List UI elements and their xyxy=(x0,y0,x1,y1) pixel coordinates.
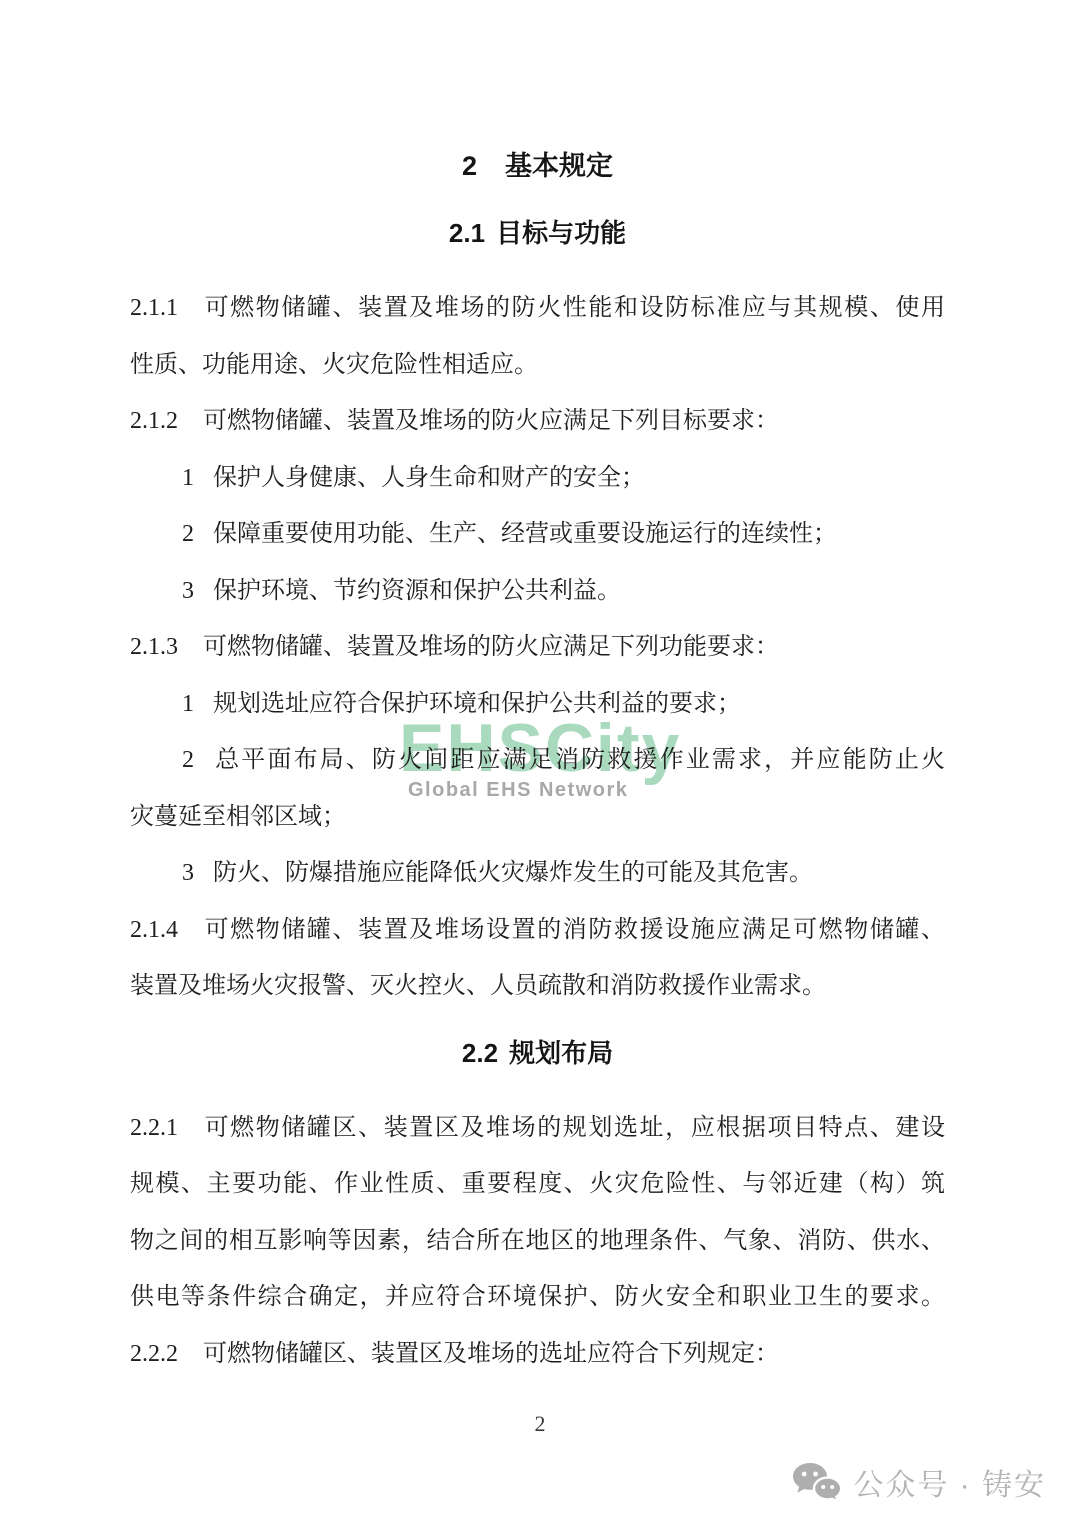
text-line: 2.1.4可燃物储罐、装置及堆场设置的消防救援设施应满足可燃物储罐、 xyxy=(130,902,945,959)
page-number: 2 xyxy=(0,1406,1080,1442)
line-text: 保护环境、节约资源和保护公共利益。 xyxy=(213,578,621,604)
section-heading: 2.1目标与功能 xyxy=(130,215,945,251)
heading-number: 2.1 xyxy=(449,218,485,248)
text-line: 3防火、防爆措施应能降低火灾爆炸发生的可能及其危害。 xyxy=(130,845,945,902)
text-line: 供电等条件综合确定，并应符合环境保护、防火安全和职业卫生的要求。 xyxy=(130,1269,945,1326)
text-line: 灾蔓延至相邻区域； xyxy=(130,789,945,846)
line-text: 保障重要使用功能、生产、经营或重要设施运行的连续性； xyxy=(213,521,837,547)
text-line: 规模、主要功能、作业性质、重要程度、火灾危险性、与邻近建（构）筑 xyxy=(130,1156,945,1213)
line-text: 防火、防爆措施应能降低火灾爆炸发生的可能及其危害。 xyxy=(213,860,813,886)
line-text: 可燃物储罐、装置及堆场设置的消防救援设施应满足可燃物储罐、 xyxy=(203,917,945,943)
line-text: 规模、主要功能、作业性质、重要程度、火灾危险性、与邻近建（构）筑 xyxy=(130,1171,945,1197)
text-line: 性质、功能用途、火灾危险性相适应。 xyxy=(130,337,945,394)
text-line: 2.2.2可燃物储罐区、装置区及堆场的选址应符合下列规定： xyxy=(130,1326,945,1383)
text-line: 1规划选址应符合保护环境和保护公共利益的要求； xyxy=(130,676,945,733)
clause-number: 2.1.2 xyxy=(130,408,178,434)
line-text: 可燃物储罐、装置及堆场的防火应满足下列目标要求： xyxy=(203,408,779,434)
clause-number: 2.2.1 xyxy=(130,1115,178,1141)
section-heading: 2.2规划布局 xyxy=(130,1035,945,1071)
item-number: 2 xyxy=(182,747,194,773)
item-number: 1 xyxy=(182,691,194,717)
line-text: 装置及堆场火灾报警、灭火控火、人员疏散和消防救援作业需求。 xyxy=(130,973,826,999)
clause-number: 2.1.3 xyxy=(130,634,178,660)
wechat-badge: 公众号 · 铸安 xyxy=(793,1457,1046,1507)
line-text: 可燃物储罐区、装置区及堆场的规划选址，应根据项目特点、建设 xyxy=(203,1115,945,1141)
item-number: 2 xyxy=(182,521,194,547)
clause-number: 2.1.4 xyxy=(130,917,178,943)
line-text: 可燃物储罐、装置及堆场的防火应满足下列功能要求： xyxy=(203,634,779,660)
line-text: 规划选址应符合保护环境和保护公共利益的要求； xyxy=(213,691,741,717)
line-text: 灾蔓延至相邻区域； xyxy=(130,804,346,830)
wechat-badge-label: 公众号 · 铸安 xyxy=(853,1460,1046,1504)
line-text: 性质、功能用途、火灾危险性相适应。 xyxy=(130,352,538,378)
heading-label: 目标与功能 xyxy=(496,218,626,248)
line-text: 物之间的相互影响等因素，结合所在地区的地理条件、气象、消防、供水、 xyxy=(130,1228,945,1254)
wechat-icon xyxy=(793,1463,841,1501)
text-line: 2.1.3可燃物储罐、装置及堆场的防火应满足下列功能要求： xyxy=(130,619,945,676)
document-content: 2基本规定2.1目标与功能2.1.1可燃物储罐、装置及堆场的防火性能和设防标准应… xyxy=(0,0,1080,1382)
item-number: 3 xyxy=(182,578,194,604)
line-text: 供电等条件综合确定，并应符合环境保护、防火安全和职业卫生的要求。 xyxy=(130,1284,945,1310)
line-text: 可燃物储罐区、装置区及堆场的选址应符合下列规定： xyxy=(203,1341,779,1367)
clause-number: 2.2.2 xyxy=(130,1341,178,1367)
text-line: 2.1.1可燃物储罐、装置及堆场的防火性能和设防标准应与其规模、使用 xyxy=(130,280,945,337)
text-line: 3保护环境、节约资源和保护公共利益。 xyxy=(130,563,945,620)
text-line: 2保障重要使用功能、生产、经营或重要设施运行的连续性； xyxy=(130,506,945,563)
doc-title: 2基本规定 xyxy=(130,148,945,184)
text-line: 2总平面布局、防火间距应满足消防救援作业需求，并应能防止火 xyxy=(130,732,945,789)
line-text: 保护人身健康、人身生命和财产的安全； xyxy=(213,465,645,491)
item-number: 3 xyxy=(182,860,194,886)
document-page: EHSCity Global EHS Network 2基本规定2.1目标与功能… xyxy=(0,0,1080,1527)
line-text: 可燃物储罐、装置及堆场的防火性能和设防标准应与其规模、使用 xyxy=(203,295,945,321)
text-line: 装置及堆场火灾报警、灭火控火、人员疏散和消防救援作业需求。 xyxy=(130,958,945,1015)
heading-label: 规划布局 xyxy=(509,1038,613,1068)
heading-number: 2.2 xyxy=(462,1038,498,1068)
text-line: 2.1.2可燃物储罐、装置及堆场的防火应满足下列目标要求： xyxy=(130,393,945,450)
heading-label: 基本规定 xyxy=(505,151,613,181)
text-line: 1保护人身健康、人身生命和财产的安全； xyxy=(130,450,945,507)
text-line: 2.2.1可燃物储罐区、装置区及堆场的规划选址，应根据项目特点、建设 xyxy=(130,1100,945,1157)
clause-number: 2.1.1 xyxy=(130,295,178,321)
text-line: 物之间的相互影响等因素，结合所在地区的地理条件、气象、消防、供水、 xyxy=(130,1213,945,1270)
heading-number: 2 xyxy=(462,151,477,181)
item-number: 1 xyxy=(182,465,194,491)
line-text: 总平面布局、防火间距应满足消防救援作业需求，并应能防止火 xyxy=(213,747,945,773)
